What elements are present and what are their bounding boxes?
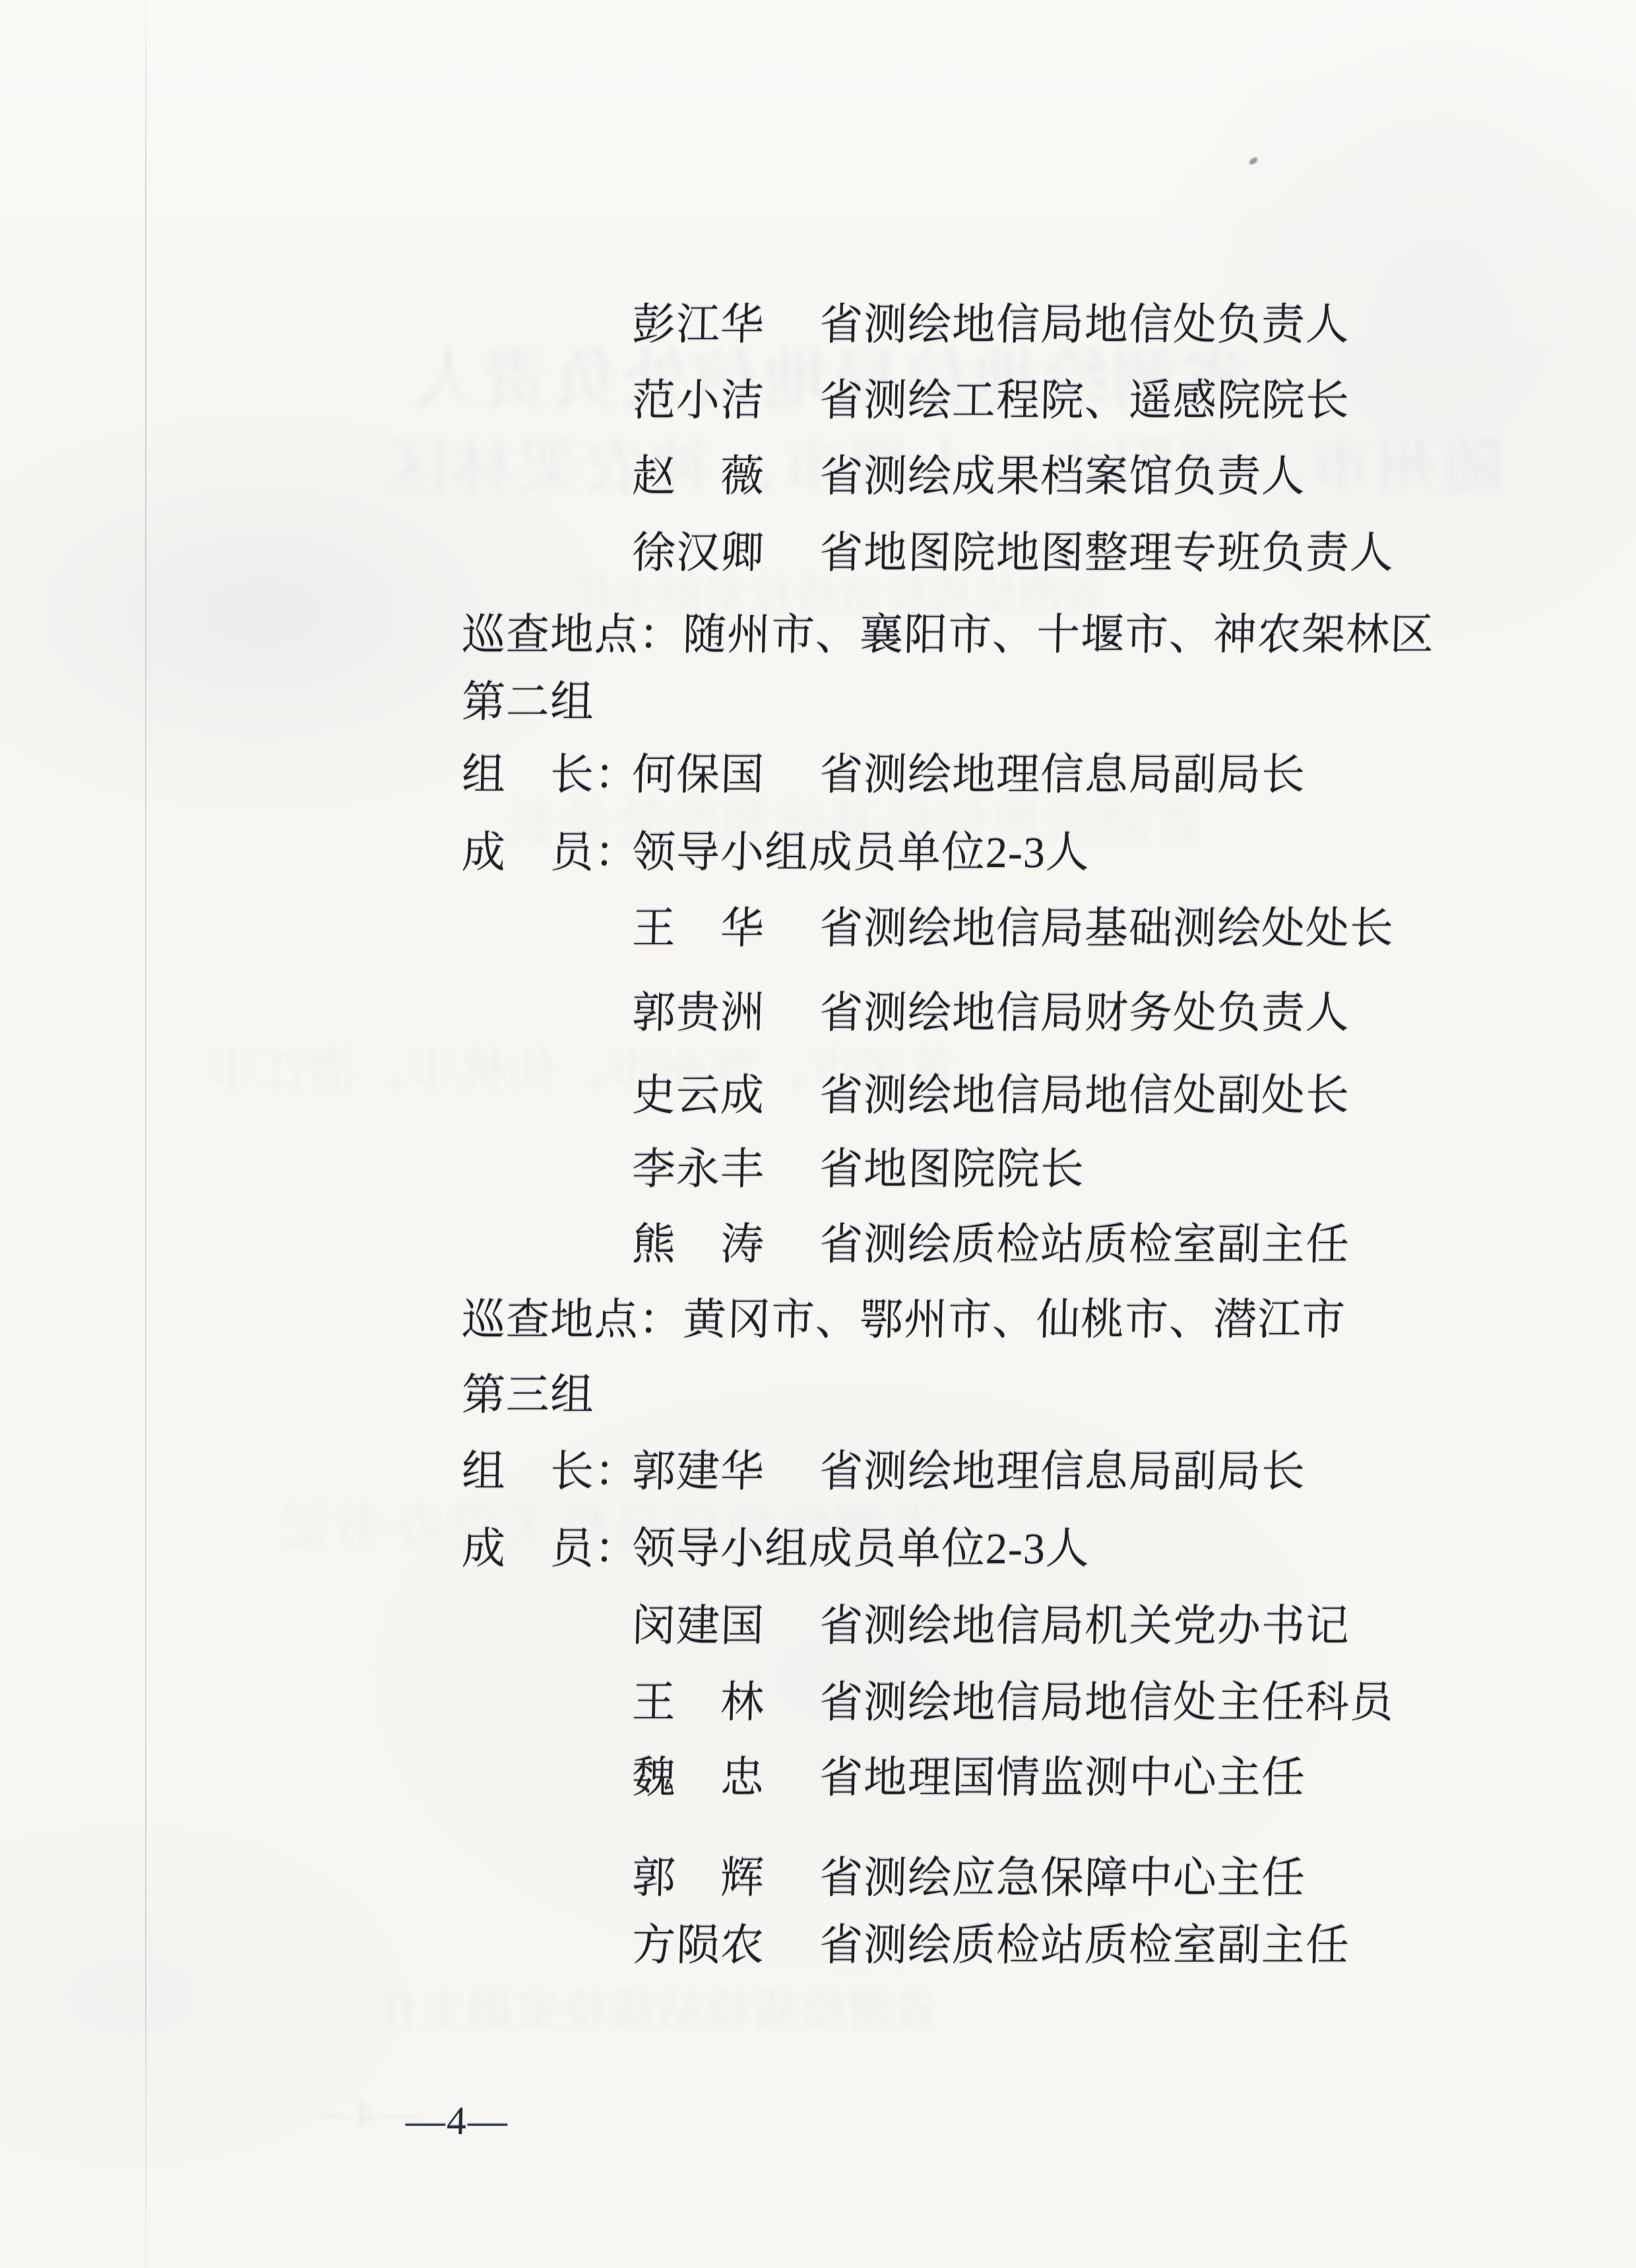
member-name: 李永丰 [631,1144,765,1196]
page-number: —4— [405,2098,509,2144]
member-title: 省测绘地信局基础测绘处处长 [819,903,1395,955]
member-name: 王 华 [631,903,765,955]
member-row: 王 林 省测绘地信局地信处主任科员 [0,1677,1636,1729]
member-title: 省地图院院长 [819,1144,1085,1196]
members-label: 成 员： [461,827,639,879]
member-row: 彭江华 省测绘地信局地信处负责人 [0,300,1636,351]
member-name: 王 林 [631,1677,765,1729]
member-title: 省测绘地信局财务处负责人 [819,988,1350,1039]
member-name: 彭江华 [631,300,765,351]
leader-label: 组 长： [461,1446,639,1498]
patrol-location-label: 巡查地点： [461,1296,683,1344]
patrol-location: 巡查地点：黄冈市、鄂州市、仙桃市、潜江市 [461,1295,1346,1346]
patrol-location-label: 巡查地点： [461,611,683,659]
member-name: 史云成 [631,1070,765,1122]
group-leader-row: 组 长： 何保国 省测绘地理信息局副局长 [0,750,1636,801]
member-row: 郭 辉 省测绘应急保障中心主任 [0,1853,1636,1904]
member-row: 闵建国 省测绘地信局机关党办书记 [0,1601,1636,1652]
group-leader-row: 组 长： 郭建华 省测绘地理信息局副局长 [0,1446,1636,1498]
member-title: 省地理国情监测中心主任 [819,1753,1306,1804]
member-title: 省测绘质检站质检室副主任 [819,1219,1350,1271]
members-note: 领导小组成员单位2-3人 [631,1524,1090,1575]
member-row: 方陨农 省测绘质检站质检室副主任 [0,1920,1636,1972]
member-name: 方陨农 [631,1920,765,1972]
member-row: 郭贵洲 省测绘地信局财务处负责人 [0,988,1636,1039]
member-name: 熊 涛 [631,1219,765,1271]
member-name: 郭贵洲 [631,988,765,1039]
group-heading-row: 第三组 [0,1370,1636,1421]
leader-title: 省测绘地理信息局副局长 [819,750,1306,801]
member-name: 徐汉卿 [631,528,765,579]
member-name: 郭 辉 [631,1853,765,1904]
member-row: 赵 薇 省测绘成果档案馆负责人 [0,451,1636,503]
patrol-location: 巡查地点：随州市、襄阳市、十堰市、神农架林区 [461,610,1435,661]
member-title: 省测绘地信局机关党办书记 [819,1601,1350,1652]
members-note: 领导小组成员单位2-3人 [631,827,1090,879]
member-row: 范小洁 省测绘工程院、遥感院院长 [0,375,1636,427]
patrol-location-value: 随州市、襄阳市、十堰市、神农架林区 [682,611,1435,659]
document-content: 彭江华 省测绘地信局地信处负责人 范小洁 省测绘工程院、遥感院院长 赵 薇 省测… [0,0,1636,2268]
member-name: 闵建国 [631,1601,765,1652]
member-name: 赵 薇 [631,451,765,503]
member-row: 李永丰 省地图院院长 [0,1144,1636,1196]
member-title: 省测绘应急保障中心主任 [819,1853,1306,1904]
member-title: 省测绘工程院、遥感院院长 [819,375,1350,427]
patrol-location-value: 黄冈市、鄂州市、仙桃市、潜江市 [682,1296,1346,1344]
member-title: 省测绘质检站质检室副主任 [819,1920,1350,1972]
member-row: 熊 涛 省测绘质检站质检室副主任 [0,1219,1636,1271]
leader-title: 省测绘地理信息局副局长 [819,1446,1306,1498]
member-name: 魏 忠 [631,1753,765,1804]
group-heading-row: 第二组 [0,677,1636,729]
member-title: 省测绘地信局地信处副处长 [819,1070,1350,1122]
group-heading: 第三组 [461,1370,595,1421]
member-title: 省测绘地信局地信处主任科员 [819,1677,1395,1729]
scanned-document-page: 省测绘地信局地信处负责人 随州市、襄阳市、十堰市、神农架林区 省测绘质检站质检室… [0,0,1636,2268]
member-row: 魏 忠 省地理国情监测中心主任 [0,1753,1636,1804]
member-row: 王 华 省测绘地信局基础测绘处处长 [0,903,1636,955]
leader-name: 郭建华 [631,1446,765,1498]
member-name: 范小洁 [631,375,765,427]
group-members-row: 成 员： 领导小组成员单位2-3人 [0,827,1636,879]
member-row: 徐汉卿 省地图院地图整理专班负责人 [0,528,1636,579]
members-label: 成 员： [461,1524,639,1575]
member-title: 省测绘成果档案馆负责人 [819,451,1306,503]
member-title: 省地图院地图整理专班负责人 [819,528,1395,579]
member-row: 史云成 省测绘地信局地信处副处长 [0,1070,1636,1122]
group-heading: 第二组 [461,677,595,729]
leader-label: 组 长： [461,750,639,801]
group-members-row: 成 员： 领导小组成员单位2-3人 [0,1524,1636,1575]
patrol-location-row: 巡查地点：随州市、襄阳市、十堰市、神农架林区 [0,610,1636,661]
leader-name: 何保国 [631,750,765,801]
patrol-location-row: 巡查地点：黄冈市、鄂州市、仙桃市、潜江市 [0,1295,1636,1346]
member-title: 省测绘地信局地信处负责人 [819,300,1350,351]
